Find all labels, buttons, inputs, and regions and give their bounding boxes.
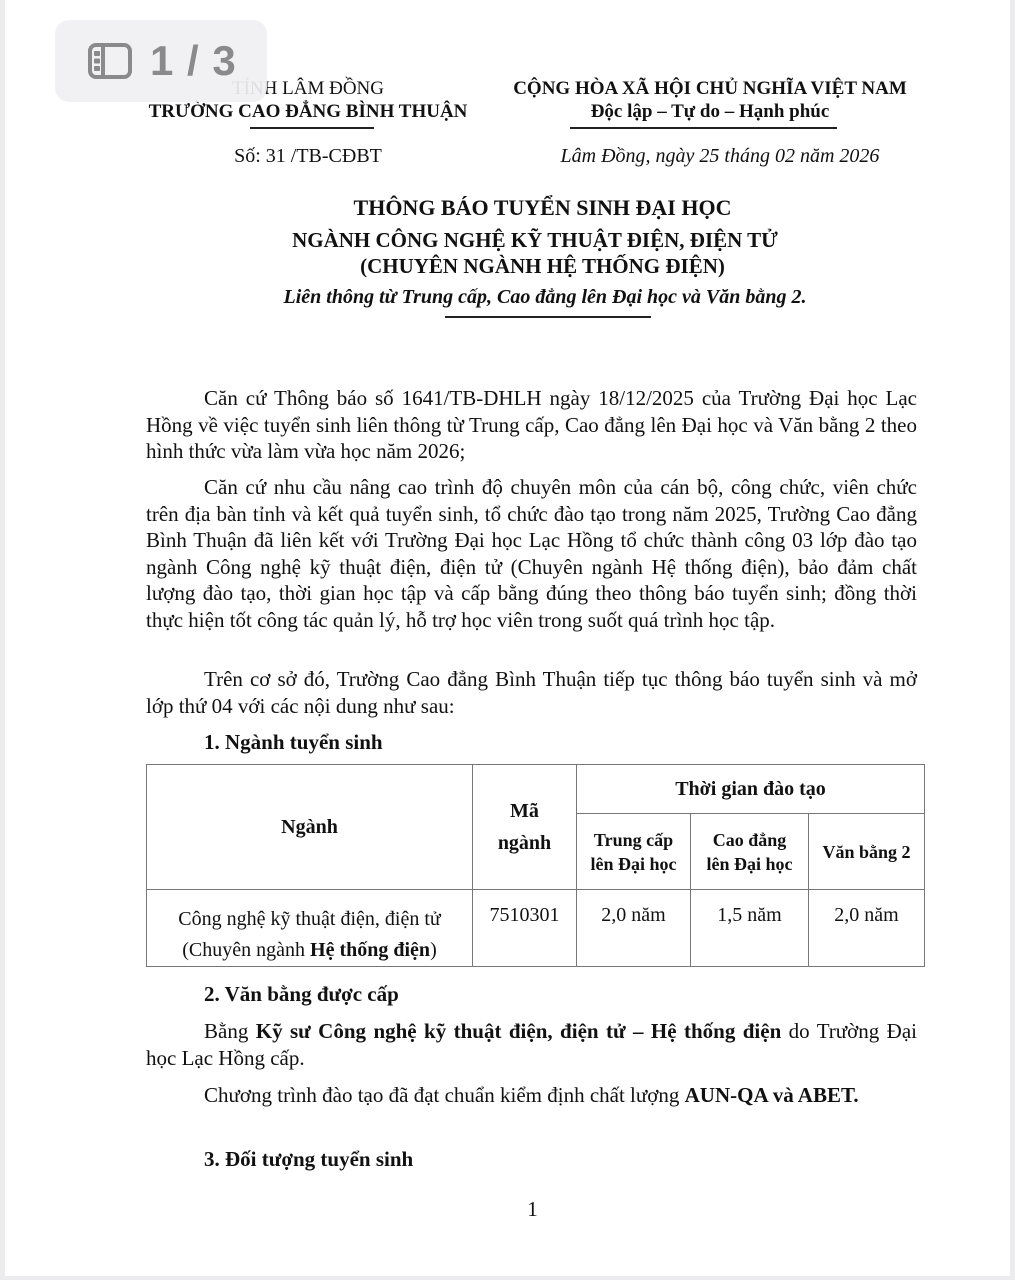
subtitle-underline [445,316,651,318]
title-line-3: (CHUYÊN NGÀNH HỆ THỐNG ĐIỆN) [0,254,1015,279]
section-3-heading: 3. Đối tượng tuyển sinh [204,1147,413,1172]
header-intermediate-to-university: Trung cấp lên Đại học [577,814,691,890]
cell-duration-college: 1,5 năm [691,890,809,967]
header-code: Mã ngành [473,765,577,890]
document-number: Số: 31 /TB-CĐBT [140,145,476,168]
admission-table: Ngành Mã ngành Thời gian đào tạo Trung c… [146,764,925,967]
header-second-degree: Văn bằng 2 [809,814,925,890]
cell-duration-intermediate: 2,0 năm [577,890,691,967]
subtitle: Liên thông từ Trung cấp, Cao đẳng lên Đạ… [0,286,1015,309]
school-underline-full [250,127,374,129]
viewer-bottom-edge [0,1276,1015,1280]
cell-major: Công nghệ kỹ thuật điện, điện tử (Chuyên… [147,890,473,967]
header-duration-group: Thời gian đào tạo [577,765,925,814]
motto-underline [570,127,837,129]
national-motto: Độc lập – Tự do – Hạnh phúc [498,101,922,123]
title-line-2: NGÀNH CÔNG NGHỆ KỸ THUẬT ĐIỆN, ĐIỆN TỬ [0,228,1015,253]
page-number: 1 [0,1197,1015,1222]
paragraph-2: Căn cứ nhu cầu nâng cao trình độ chuyên … [146,474,917,633]
paragraph-3: Trên cơ sở đó, Trường Cao đẳng Bình Thuậ… [146,666,917,719]
page-indicator-text: 1 / 3 [150,37,237,85]
header-college-to-university: Cao đẳng lên Đại học [691,814,809,890]
table-row: Công nghệ kỹ thuật điện, điện tử (Chuyên… [147,890,925,967]
paragraph-1: Căn cứ Thông báo số 1641/TB-DHLH ngày 18… [146,385,917,465]
section-2-heading: 2. Văn bằng được cấp [204,982,399,1007]
country-name: CỘNG HÒA XÃ HỘI CHỦ NGHĨA VIỆT NAM [498,78,922,100]
section-1-heading: 1. Ngành tuyển sinh [204,730,383,755]
degree-paragraph: Bằng Kỹ sư Công nghệ kỹ thuật điện, điện… [146,1018,917,1071]
header-major: Ngành [147,765,473,890]
accreditation-paragraph: Chương trình đào tạo đã đạt chuẩn kiểm đ… [146,1082,917,1109]
page-indicator-badge[interactable]: 1 / 3 [55,20,267,102]
cell-code: 7510301 [473,890,577,967]
cell-duration-second-degree: 2,0 năm [809,890,925,967]
sidebar-thumbnails-icon [88,43,132,79]
school-name: TRƯỜNG CAO ĐẲNG BÌNH THUẬN [140,101,476,123]
viewer-right-edge [1010,0,1015,1280]
title-line-1: THÔNG BÁO TUYỂN SINH ĐẠI HỌC [0,195,1015,221]
place-date: Lâm Đồng, ngày 25 tháng 02 năm 2026 [508,145,932,168]
viewer-left-edge [0,0,5,1280]
